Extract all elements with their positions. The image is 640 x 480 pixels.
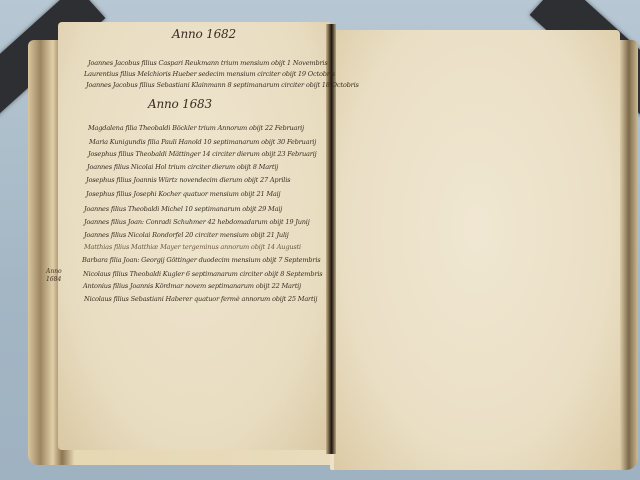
entry-line: Josephus filius Joannis Würtz novendecim… — [86, 177, 290, 184]
entry-line: Josephus filius Josephi Kocher quatuor m… — [86, 191, 280, 198]
entry-line: Barbara filia Joan: Georgij Göttinger du… — [82, 257, 320, 264]
entry-line: Antonius filius Joannis Kördmar novem se… — [83, 283, 301, 290]
entry-line: Joannes filius Nicolai Hol trium circite… — [87, 164, 278, 171]
entry-line: Joannes filius Nicolai Rondorfel 20 circ… — [84, 232, 289, 239]
margin-year-note: Anno 1684 — [46, 268, 62, 284]
right-page — [334, 30, 620, 470]
entry-line: Matthias filius Matthiæ Mayer tergeminus… — [84, 244, 301, 251]
entry-line: Magdalena filia Theobaldi Böckler trium … — [88, 125, 304, 132]
entry-line: Nicolaus filius Theobaldi Kugler 6 septi… — [83, 271, 322, 278]
margin-note-year: 1684 — [46, 276, 62, 284]
year-heading-1682: Anno 1682 — [172, 27, 236, 41]
year-heading-1683: Anno 1683 — [148, 97, 212, 111]
entry-line: Joannes filius Theobaldi Michel 10 septi… — [84, 206, 282, 213]
entry-line: Joannes Jacobus filius Caspari Reukmann … — [88, 60, 328, 67]
entry-line: Maria Kunigundis filia Pauli Hanold 10 s… — [89, 139, 316, 146]
entry-line: Nicolaus filius Sebastiani Haberer quatu… — [84, 296, 317, 303]
margin-note-word: Anno — [46, 268, 62, 276]
entry-line: Joannes Jacobus filius Sebastiani Klainm… — [86, 82, 359, 89]
entry-line: Laurentius filius Melchioris Hueber sede… — [84, 71, 335, 78]
entry-line: Josephus filius Theobaldi Mättinger 14 c… — [88, 151, 316, 158]
entry-line: Joannes filius Joan: Conradi Schuhmer 42… — [84, 219, 310, 226]
